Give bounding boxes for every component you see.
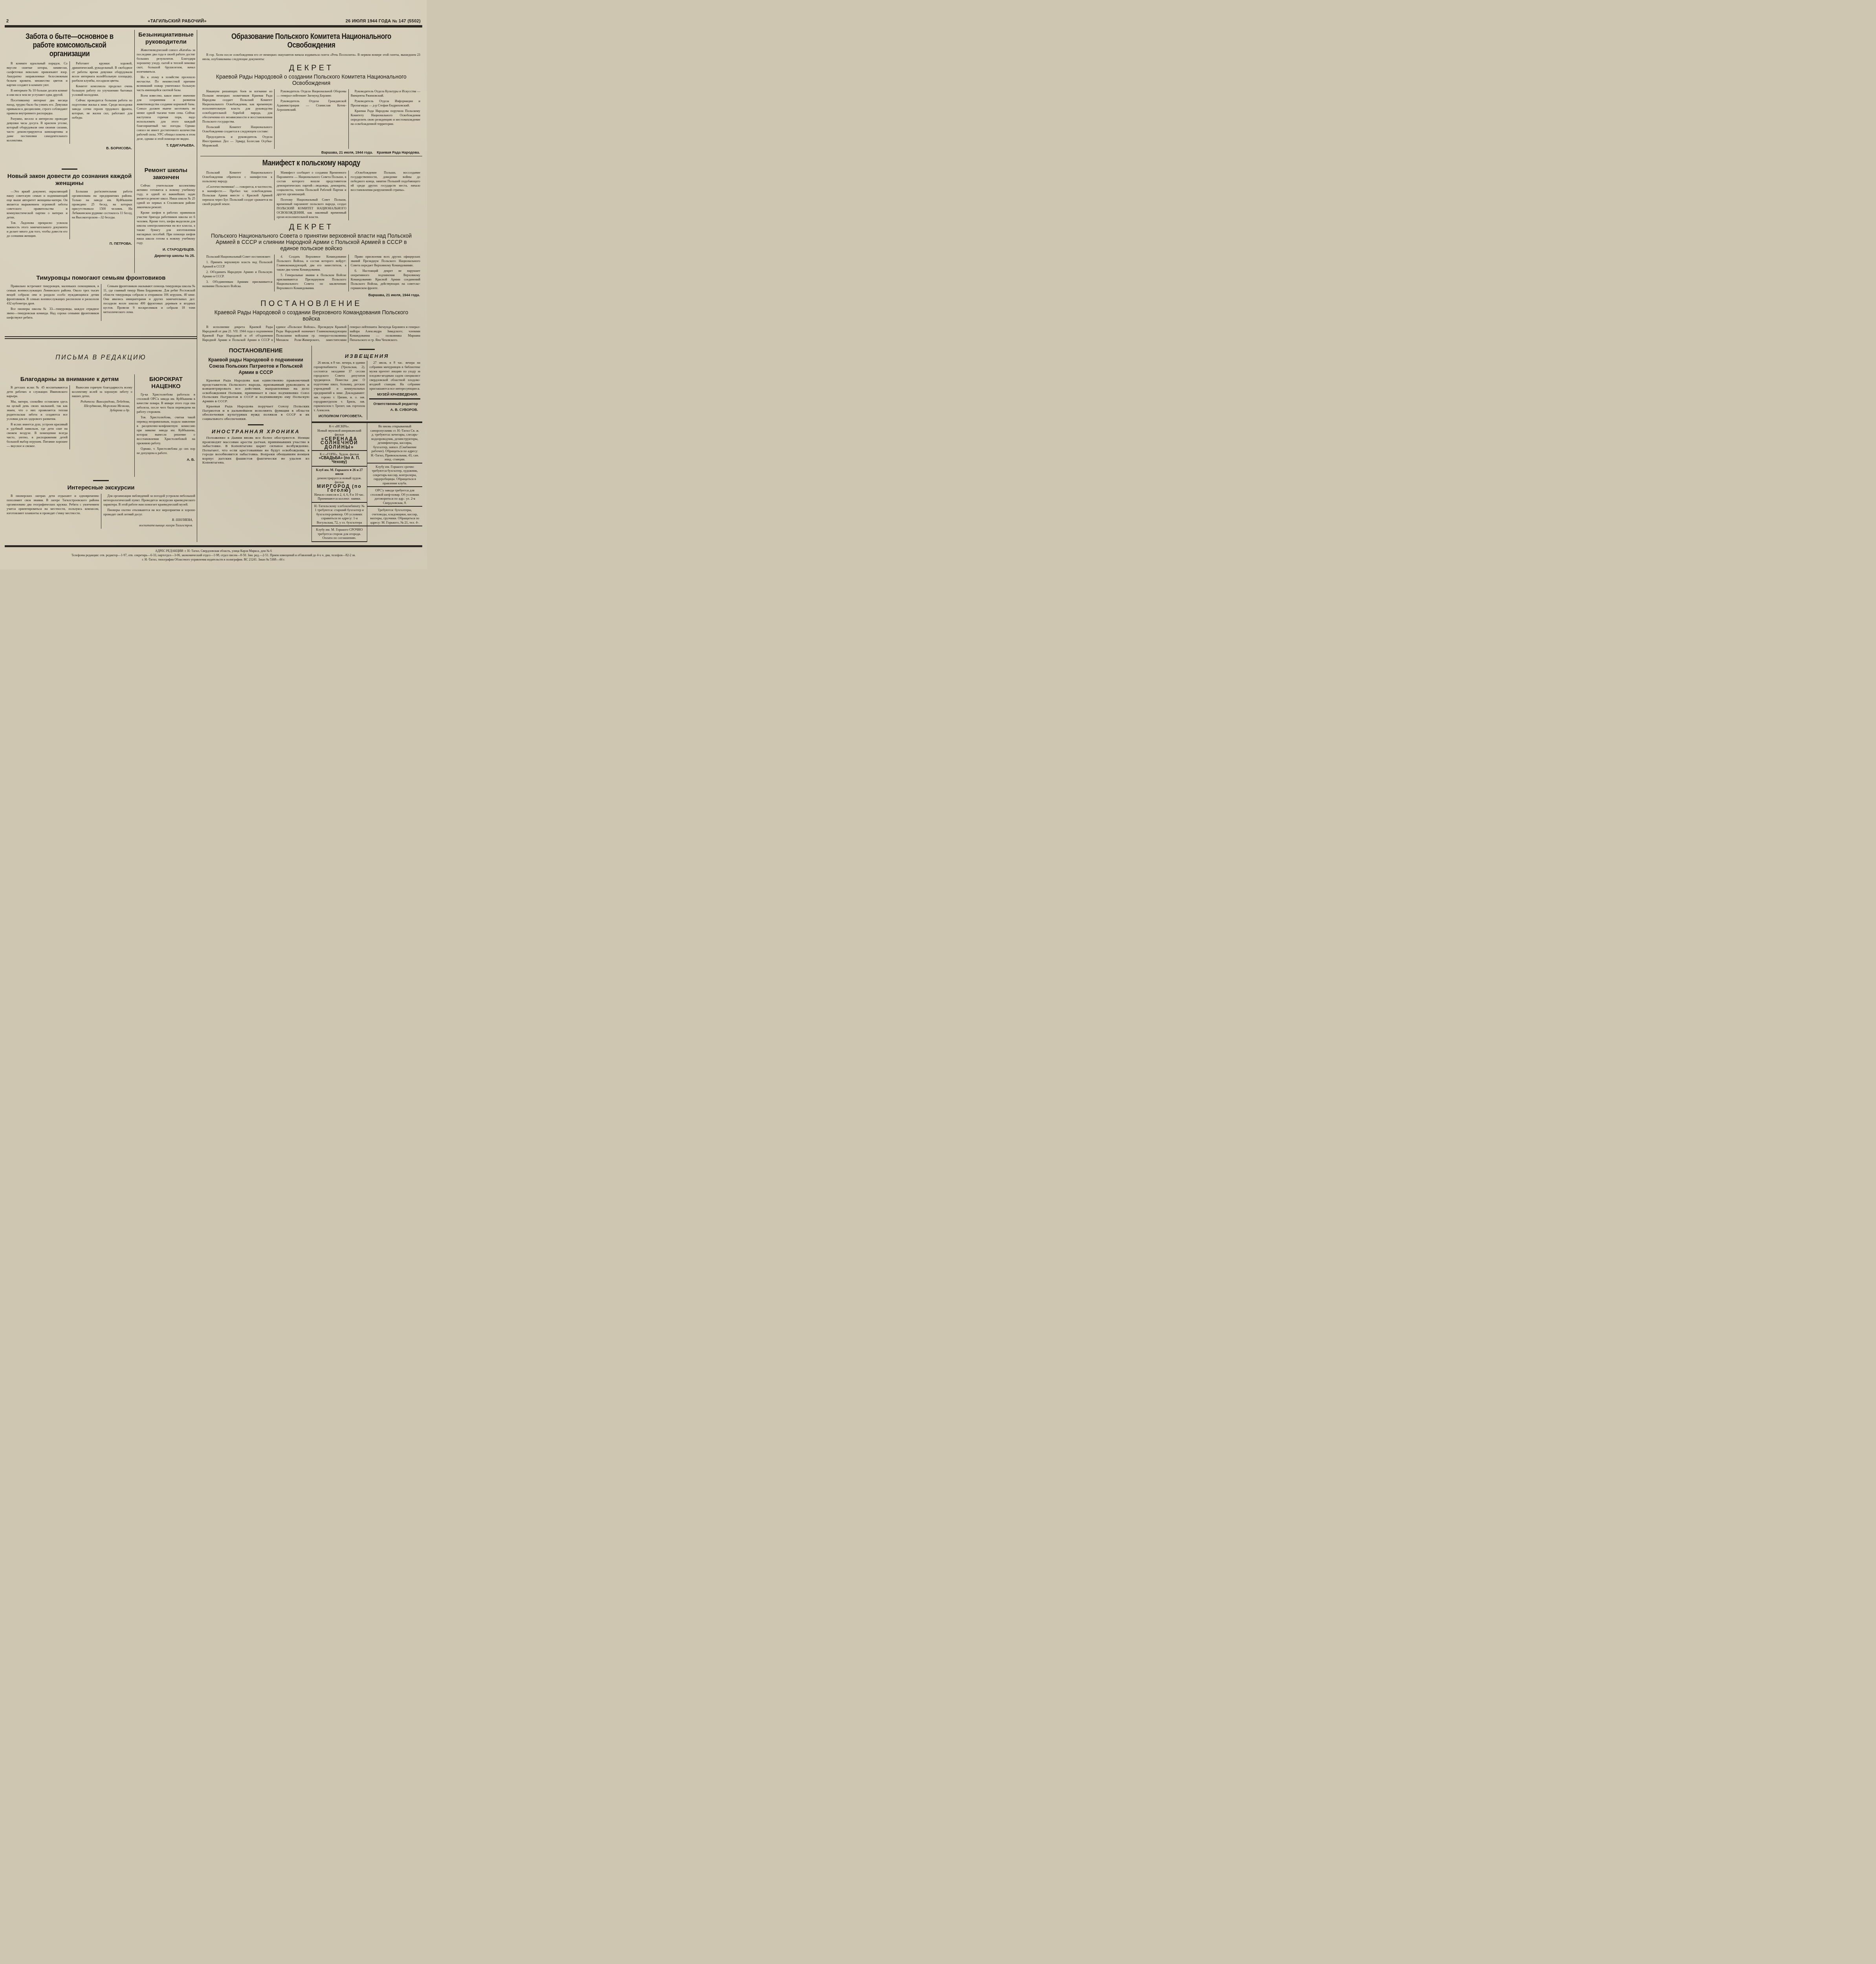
ad-body: демонстрируется новый худож. фильм [314,476,365,484]
article-remont: Ремонт школы закончен Сейчас учительские… [134,165,197,273]
newspaper-title: «ТАГИЛЬСКИЙ РАБОЧИЙ» [148,19,207,24]
paragraph: Руководитель Отдела Информации и Пропага… [351,99,420,108]
postanovlenie-1-body: В исполнение декрета Краевой Рады Народо… [200,325,422,343]
article-remont-title: Ремонт школы закончен [135,167,197,181]
paragraph: Правильно встречают тимуровцев, маленьки… [7,284,99,306]
article-col: —Это яркий документ, окрыляющий нашу сов… [5,189,70,239]
paragraph: Поэтому Национальный Совет Польши, време… [277,198,346,219]
notice-text: 27 июля, в 8 час. вечера на собрании мич… [369,361,420,391]
paragraph: 6. Настоящий декрет не нарушает оператив… [351,269,420,290]
decree-1-place: Варшава, 21 июля, 1944 года. [321,150,373,154]
paragraph: 5. Генеральные звания в Польском Войске … [277,273,346,290]
paragraph: Всем известно, какое имеет значение для … [137,93,195,141]
divider [248,424,264,425]
decree-col: Руководитель Отдела Культуры и Искусства… [348,89,422,149]
ads-right: Во вновь открываемый санпропускник ст. Н… [367,423,422,542]
notices-title: ИЗВЕЩЕНИЯ [312,353,423,359]
paragraph: Гр-ка Христолюбова работала в столовой О… [137,392,195,414]
article-timurovtsy: Тимуровцы помогают семьям фронтовиков Пр… [5,273,197,334]
postanovlenie-2: ПОСТАНОВЛЕНИЕ Краевой рады Народовой о п… [200,346,311,542]
footer-printer: г. Н.-Тагил, типография Областного управ… [5,557,422,562]
notice-text: 26 июля, в 8 час. вечера, в здании горпа… [314,361,365,412]
lower-right-row: ПОСТАНОВЛЕНИЕ Краевой рады Народовой о п… [200,346,422,542]
manifest-col: «Освобождение Польши, воссоздание госуда… [348,170,422,220]
article-remont-body: Сейчас учительские коллективы активно го… [135,183,197,245]
article-novyi-zakon-title: Новый закон довести до сознания каждой ж… [5,173,134,187]
ad-body: Во вновь открываемый санпропускник ст. Н… [370,424,420,462]
paragraph: Все пионеры школы № 33—тимуровцы, каждое… [7,307,99,320]
polish-committee-intro: В гор. Хелм после освобождения его от не… [202,53,420,61]
article-bezinitsiativnye-title: Безынициативные руководители [135,31,197,46]
paragraph: В комнате идеальный порядок. Со вкусом с… [7,61,68,87]
foreign-chronicle-body: Положение в Дании вновь все более обостр… [200,436,311,465]
article-blagodarny: Благодарны за внимание к детям В детских… [5,374,134,477]
paragraph: Руководитель Отдела Культуры и Искусства… [351,89,420,98]
right-half: Образование Польского Комитета Националь… [197,30,422,542]
article-col: Выносим горячую благодарность всему колл… [70,385,134,449]
paragraph: В исполнение декрета Краевой Рады Народо… [202,325,420,343]
article-byt-byline: В. БОРИСОВА. [7,146,132,150]
paragraph: Манифест сообщает о создании Временного … [277,170,346,196]
ad-iskra: К-т «ИСКРА». Новый звуковой американский… [312,423,367,451]
letters-rule [5,336,197,339]
ad-body: ОРС'у завода требуется для столовой шеф-… [370,488,420,505]
paragraph: Сейчас проводится большая работа по подг… [72,98,132,120]
ad-club-staff: Клубу им. Горького срочно требуются бухг… [367,464,422,487]
article-blagodarny-byline: Родители: Виноградова, Лебедева, Шелудяк… [74,399,130,412]
divider [369,398,420,399]
decree-1-label: ДЕКРЕТ [200,64,422,73]
paragraph: Животноводческий совхоз «Катаба» за посл… [137,48,195,74]
notices: ИЗВЕЩЕНИЯ 26 июля, в 8 час. вечера, в зд… [311,346,423,542]
notice-sign: ИСПОЛКОМ ГОРСОВЕТА. [316,414,363,418]
article-byt-title: Забота о быте—основное в работе комсомол… [15,32,125,58]
postanovlenie-1-title: Краевой Рады Народовой о создании Верхов… [208,309,414,322]
postanovlenie-2-title: Краевой рады Народовой о подчинении Союз… [208,357,304,376]
paragraph: Польский Комитет Национального Освобожде… [202,170,272,183]
article-ekskursii-byline: В. ШИЛЯЕВА, [106,518,193,522]
paragraph: Выносим горячую благодарность всему колл… [72,385,132,398]
article-col: В пионерских лагерях дети отдыхают и одн… [5,494,101,529]
paragraph: Семьям фронтовиков оказывают помощь тиму… [103,284,195,314]
article-blagodarny-title: Благодарны за внимание к детям [5,376,134,383]
notice-item: 26 июля, в 8 час. вечера, в здании горпа… [312,361,367,420]
ad-body: Клубу им. М. Горького СРОЧНО требуется с… [314,528,365,540]
decree-1-sign: Варшава, 21 июля, 1944 года. Краевая Рад… [203,150,420,154]
paragraph: «Соотечественники! — говорится, в частно… [202,185,272,206]
paragraph: Сейчас учительские коллективы активно го… [137,183,195,209]
paragraph: Тов. Христолюбова, считая такой перевод … [137,415,195,445]
article-byurokrat-title: БЮРОКРАТ НАЦЕНКО [135,376,197,390]
article-byt: Забота о быте—основное в работе комсомол… [5,30,134,165]
paragraph: Большая раз'яснительная работа организов… [72,189,132,220]
paragraph: Краевая Рада Народова как единственно пр… [202,379,310,403]
paragraph: Председатель и руководитель Отдела Иност… [202,135,272,148]
decree-col: Накануне решающих боев за изгнание из По… [200,89,274,149]
ad-bakery: Н.-Тагильскому хлебокомбинату № 1 требую… [312,503,367,527]
manifest-col: Польский Комитет Национального Освобожде… [200,170,274,220]
paragraph: «Освобождение Польши, воссоздание госуда… [351,170,420,192]
ad-head: Клуб им. М. Горького ● 26 и 27 июля [314,468,365,476]
paragraph: В пионерских лагерях дети отдыхают и одн… [7,494,99,515]
ad-extra: Начало сеансов в 2, 4, 6, 8 и 10 час. Пр… [314,493,365,501]
polish-committee-title: Образование Польского Комитета Националь… [217,32,405,49]
issue-date: 26 ИЮЛЯ 1944 ГОДА № 147 (5502) [346,19,421,24]
editor-label: Ответственный редактор [372,402,418,406]
decree-col: Польский Национальный Совет постановляет… [200,255,274,291]
editor-name: А. В. СУВОРОВ. [372,408,418,412]
classified-ads: К-т «ИСКРА». Новый звуковой американский… [312,421,423,542]
left-middle-row: Новый закон довести до сознания каждой ж… [5,165,197,273]
foreign-chronicle-title: ИНОСТРАННАЯ ХРОНИКА [200,429,311,434]
paragraph: Руководитель Отдела Национальной Обороны… [277,89,346,98]
paragraph: Краевая Рада Народова поручает Союзу Пол… [202,405,310,421]
ad-sanpropusknik: Во вновь открываемый санпропускник ст. Н… [367,423,422,464]
ad-feature: «СВАДЬБА» (по А. П. Чехову) [314,456,365,465]
paragraph: Комитет комсомола проделал очень большую… [72,84,132,97]
article-col: Правильно встречают тимуровцев, маленьки… [5,284,101,321]
article-ekskursii-title: Интересные экскурсии [5,484,197,491]
ad-gorn: К-т «ГОРН». Худож. фильм «СВАДЬБА» (по А… [312,451,367,467]
ads-left: К-т «ИСКРА». Новый звуковой американский… [312,423,367,542]
article-ekskursii-body: В пионерских лагерях дети отдыхают и одн… [5,494,197,529]
article-byurokrat: БЮРОКРАТ НАЦЕНКО Гр-ка Христолюбова рабо… [134,374,197,477]
paragraph: Краевая Рада Народова поручила Польскому… [351,109,420,126]
article-byt-body: В комнате идеальный порядок. Со вкусом с… [5,61,134,144]
paragraph: Мы, матери, спокойно оставляем здесь на … [7,399,68,421]
postanovlenie-2-label: ПОСТАНОВЛЕНИЕ [200,347,311,354]
divider [200,156,422,156]
article-col: Для организации наблюдений за погодой ус… [101,494,197,529]
ad-watchman: Клубу им. М. Горького СРОЧНО требуется с… [312,526,367,542]
article-bezinitsiativnye-body: Животноводческий совхоз «Катаба» за посл… [135,48,197,141]
footer-phones: Телефоны редакции: отв. редактор—1-97, о… [5,553,422,557]
article-byt-col-1: В комнате идеальный порядок. Со вкусом с… [5,61,70,144]
decree-2-body: Польский Национальный Совет постановляет… [200,255,422,291]
decree-1-body: Накануне решающих боев за изгнание из По… [200,89,422,149]
ad-body: Клубу им. Горького срочно требуются бухг… [370,465,420,486]
decree-2-title: Польского Национального Совета о приняти… [208,233,414,251]
ad-chef: ОРС'у завода требуется для столовой шеф-… [367,487,422,507]
article-col: Большая раз'яснительная работа организов… [70,189,134,239]
ad-body: Требуются: бухгалтеры, счетоводы, кладов… [370,508,420,524]
article-novyi-zakon: Новый закон довести до сознания каждой ж… [5,165,134,273]
paragraph: Разумно, весело и интересно проводят дев… [7,117,68,143]
article-novyi-zakon-body: —Это яркий документ, окрыляющий нашу сов… [5,189,134,239]
left-upper-row: Забота о быте—основное в работе комсомол… [5,30,197,165]
paragraph: Посетившему интернат два месяца назад, т… [7,98,68,115]
divider [62,169,77,170]
article-ekskursii: Интересные экскурсии В пионерских лагеря… [5,477,197,542]
paragraph: Для организации наблюдений за погодой ус… [103,494,195,507]
letters-row-1: Благодарны за внимание к детям В детских… [5,374,197,477]
ad-feature: «СЕРЕНАДА СОЛНЕЧНОЙ ДОЛИНЫ» [314,437,365,449]
ad-head: К-т «ГОРН». Худож. фильм [314,452,365,456]
footer: АДРЕС РЕДАКЦИИ: г. Н.-Тагил, Свердловска… [5,545,422,562]
paragraph: Кроме шефов в работах принимала участие … [137,211,195,245]
article-timurovtsy-title: Тимуровцы помогают семьям фронтовиков [5,275,197,282]
ad-feature: МИРГОРОД (по Гоголю) [314,484,365,493]
notice-sign: МУЗЕЙ КРАЕВЕДЕНИЯ. [372,392,418,397]
paragraph: В интернате № 10 больше десяти комнат и … [7,88,68,97]
paragraph: 3. Об'единенным Армиям присваивается наз… [202,280,272,288]
paragraph: Работают кружки: хоровой, драматический,… [72,61,132,83]
postanovlenie-2-body: Краевая Рада Народова как единственно пр… [200,379,311,421]
decree-col: Руководитель Отдела Национальной Обороны… [274,89,348,149]
decree-2-sign: Варшава, 21 июля, 1944 года. [203,293,420,297]
article-col: Семьям фронтовиков оказывают помощь тиму… [101,284,197,321]
article-byurokrat-body: Гр-ка Христолюбова работала в столовой О… [135,392,197,455]
manifest-col: Манифест сообщает о создании Временного … [274,170,348,220]
paragraph: 2. Об'единить Народную Армию и Польскую … [202,270,272,278]
decree-1-signatory: Краевая Рада Народова. [377,150,420,154]
article-remont-byline: И. СТАРОДУБЦЕВ. [137,247,195,251]
paragraph: В яслях имеется душ, устроен красивый и … [7,422,68,448]
newspaper-page: 2 «ТАГИЛЬСКИЙ РАБОЧИЙ» 26 ИЮЛЯ 1944 ГОДА… [0,0,427,570]
paragraph: В детских яслях № 45 воспитываются дети … [7,385,68,398]
article-novyi-zakon-byline: П. ПЕТРОВА. [7,242,132,245]
paragraph: —Это яркий документ, окрыляющий нашу сов… [7,189,68,220]
notice-item: 27 июля, в 8 час. вечера на собрании мич… [367,361,422,420]
page-number: 2 [6,19,9,24]
ad-body: Н.-Тагильскому хлебокомбинату № 1 требую… [314,504,365,525]
ad-head: К-т «ИСКРА». [314,424,365,429]
article-col: В детских яслях № 45 воспитываются дети … [5,385,70,449]
manifest-title: Манифест к польскому народу [217,159,405,167]
paragraph: Накануне решающих боев за изгнание из По… [202,89,272,124]
ad-body: Новый звуковой американский фильм [314,429,365,437]
paragraph: Однако, т. Христолюбова до сих пор не до… [137,447,195,455]
paragraph: Польский Комитет Национального Освобожде… [202,125,272,134]
article-blagodarny-body: В детских яслях № 45 воспитываются дети … [5,385,134,449]
paragraph: Польский Национальный Совет постановляет… [202,255,272,259]
article-bezinitsiativnye: Безынициативные руководители Животноводч… [134,30,197,165]
article-bezinitsiativnye-byline: Т. ЕДИГАРЬЕВА. [137,143,195,147]
divider [359,349,375,350]
decree-col: 4. Создать Верховное Командование Польск… [274,255,348,291]
notices-body: 26 июля, в 8 час. вечера, в здании горпа… [312,361,423,420]
article-byt-col-2: Работают кружки: хоровой, драматический,… [70,61,134,144]
paragraph: Пионеры охотно откликаются на все меропр… [103,508,195,517]
paragraph: 4. Создать Верховное Командование Польск… [277,255,346,272]
letters-section-title: ПИСЬМА В РЕДАКЦИЮ [5,354,197,374]
decree-1-title: Краевой Рады Народовой о создании Польск… [208,73,414,86]
article-ekskursii-byline-role: воспитательница лагеря Тагилстроя. [106,523,193,528]
ad-club-gorky: Клуб им. М. Горького ● 26 и 27 июля демо… [312,467,367,503]
article-timurovtsy-body: Правильно встречают тимуровцев, маленьки… [5,284,197,321]
page-grid: Забота о быте—основное в работе комсомол… [5,30,422,542]
paragraph: Но к этому в хозяйстве прозошло несчасть… [137,75,195,92]
masthead: 2 «ТАГИЛЬСКИЙ РАБОЧИЙ» 26 ИЮЛЯ 1944 ГОДА… [5,19,422,24]
decree-col: Право присвоения всех других офицерских … [348,255,422,291]
polish-committee-intro-block: В гор. Хелм после освобождения его от не… [200,53,422,61]
manifest-body: Польский Комитет Национального Освобожде… [200,170,422,220]
footer-address: АДРЕС РЕДАКЦИИ: г. Н.-Тагил, Свердловска… [5,549,422,553]
article-remont-byline-role: Директор школы № 25. [137,254,195,258]
left-half: Забота о быте—основное в работе комсомол… [5,30,197,542]
paragraph: Право присвоения всех других офицерских … [351,255,420,267]
paragraph: Тов. Ладонова прекрасно усвоила важность… [7,221,68,238]
paragraph: 1. Принять верховную власть над Польской… [202,260,272,269]
divider [93,480,109,481]
decree-2-label: ДЕКРЕТ [200,223,422,232]
article-byurokrat-byline: А. Б. [137,458,195,462]
paragraph: Руководитель Отдела Гражданской Админист… [277,99,346,112]
ad-accountants: Требуются: бухгалтеры, счетоводы, кладов… [367,507,422,526]
masthead-rule [5,25,422,27]
paragraph: Положение в Дании вновь все более обостр… [202,436,310,465]
postanovlenie-1-label: ПОСТАНОВЛЕНИЕ [200,299,422,308]
